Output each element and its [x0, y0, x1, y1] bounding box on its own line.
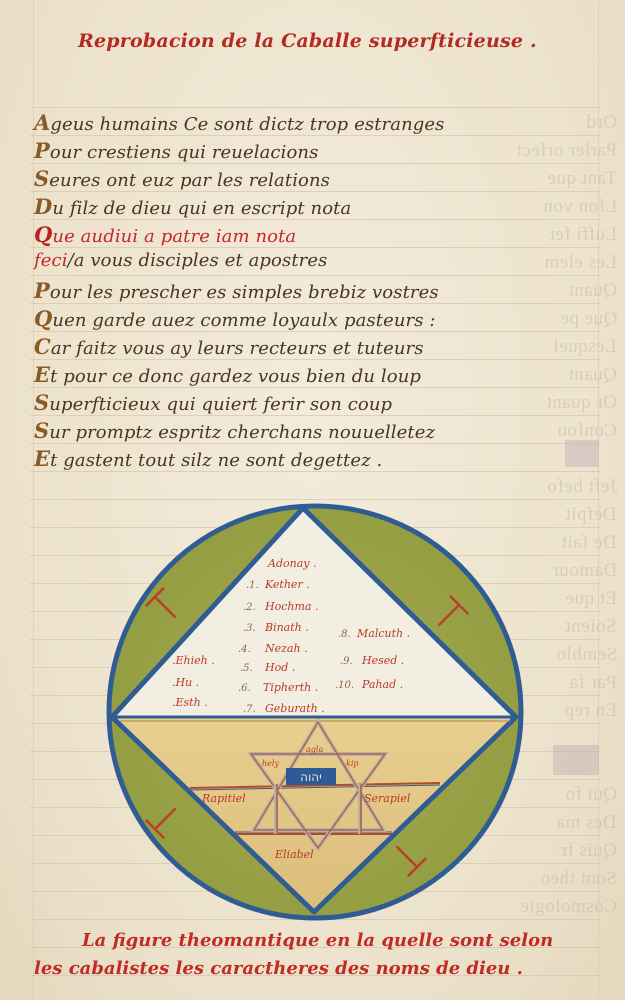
svg-text:Eliabel: Eliabel	[274, 848, 314, 861]
svg-text:.3.: .3.	[243, 623, 256, 634]
svg-text:Rapitiel: Rapitiel	[201, 792, 246, 805]
svg-text:.8.: .8.	[338, 629, 351, 640]
svg-text:Nezah .: Nezah .	[264, 642, 308, 655]
svg-text:Tipherth .: Tipherth .	[263, 681, 318, 694]
svg-text:Hochma .: Hochma .	[264, 600, 318, 613]
svg-text:.Ehieh .: .Ehieh .	[172, 654, 215, 667]
svg-text:.5.: .5.	[240, 663, 253, 674]
svg-text:.4.: .4.	[238, 644, 251, 655]
svg-text:hely: hely	[262, 759, 279, 768]
svg-text:.6.: .6.	[238, 683, 251, 694]
svg-text:Kether .: Kether .	[264, 578, 310, 591]
svg-text:.1.: .1.	[246, 580, 259, 591]
svg-text:.Hu .: .Hu .	[172, 676, 199, 689]
label-adonay: Adonay .	[267, 557, 316, 570]
svg-text:.10.: .10.	[335, 680, 354, 691]
svg-text:Serapiel: Serapiel	[364, 792, 411, 805]
figure-caption-line-2: les cabalistes les caractheres des noms …	[34, 958, 523, 979]
svg-text:Pahad .: Pahad .	[361, 678, 403, 691]
svg-text:Hod .: Hod .	[264, 661, 295, 674]
svg-text:.7.: .7.	[243, 704, 256, 715]
theomantic-figure: יהוה Adonay . .1. Kether . .2. Hochma . …	[0, 0, 625, 1000]
svg-text:Malcuth .: Malcuth .	[356, 627, 410, 640]
svg-text:agla: agla	[306, 745, 323, 754]
svg-text:Geburath .: Geburath .	[265, 702, 325, 715]
svg-text:.9.: .9.	[340, 656, 353, 667]
svg-text:.2.: .2.	[243, 602, 256, 613]
svg-text:Binath .: Binath .	[264, 621, 309, 634]
svg-text:kip: kip	[346, 759, 359, 768]
figure-caption-line-1: La figure theomantique en la quelle sont…	[82, 930, 553, 951]
svg-text:Hesed .: Hesed .	[361, 654, 404, 667]
tetragrammaton: יהוה	[300, 770, 322, 784]
svg-text:.Esth .: .Esth .	[172, 696, 208, 709]
